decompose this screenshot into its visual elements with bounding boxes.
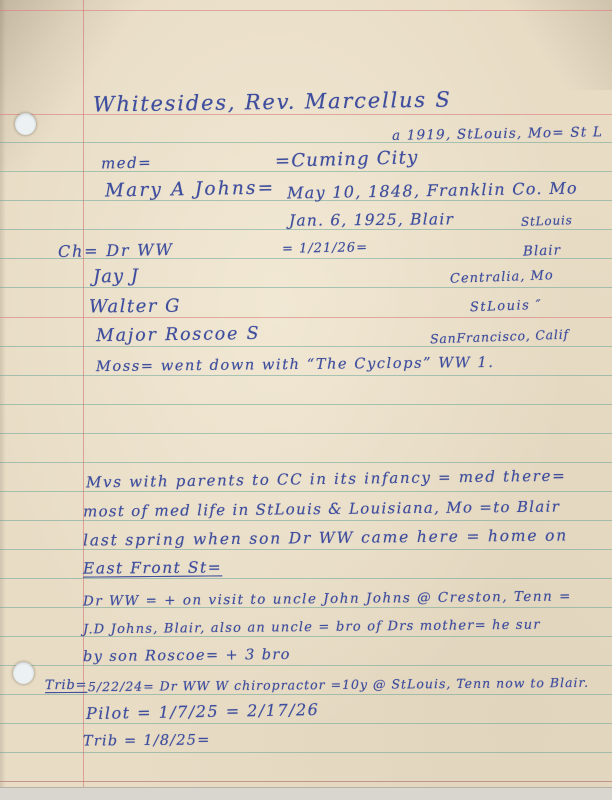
source-trib-label: Trib=	[45, 678, 87, 693]
scanner-edge-strip	[0, 787, 612, 800]
spouse-death: Jan. 6, 1925, Blair	[289, 210, 454, 229]
source-trib-2: Trib = 1/8/25=	[83, 732, 211, 749]
children-label-first-child: Ch= Dr WW	[58, 240, 174, 261]
child3-name: Walter G	[89, 296, 181, 318]
hole-punch-bottom	[13, 662, 34, 684]
child4-name: Major Roscoe S	[96, 324, 261, 346]
source-pilot: Pilot = 1/7/25 = 2/17/26	[86, 700, 320, 723]
child2-name: Jay J	[93, 266, 139, 288]
red-rule-top	[0, 10, 612, 11]
name-heading: Whitesides, Rev. Marcellus S	[93, 87, 452, 116]
spouse-death-place-note: StLouis	[521, 213, 573, 229]
married-label: med=	[101, 154, 153, 173]
child1-residence: Blair	[523, 242, 562, 259]
married-place: =Cuming City	[275, 147, 419, 172]
red-margin-line	[83, 0, 84, 788]
note-survivors: by son Roscoe= + 3 bro	[83, 647, 291, 665]
spouse-name: Mary A Johns=	[105, 178, 276, 202]
scanned-page: Whitesides, Rev. Marcellus S a 1919, StL…	[0, 0, 612, 800]
red-rule-header	[0, 114, 612, 115]
hole-punch-top	[15, 113, 36, 135]
bio-line-4-address: East Front St=	[83, 558, 222, 577]
child3-residence: StLouis ″	[470, 298, 543, 316]
red-rule-bottom	[0, 781, 612, 782]
burial-date: = 1/21/26=	[282, 240, 368, 256]
paper-corner-shadow-top-right	[492, 0, 612, 90]
